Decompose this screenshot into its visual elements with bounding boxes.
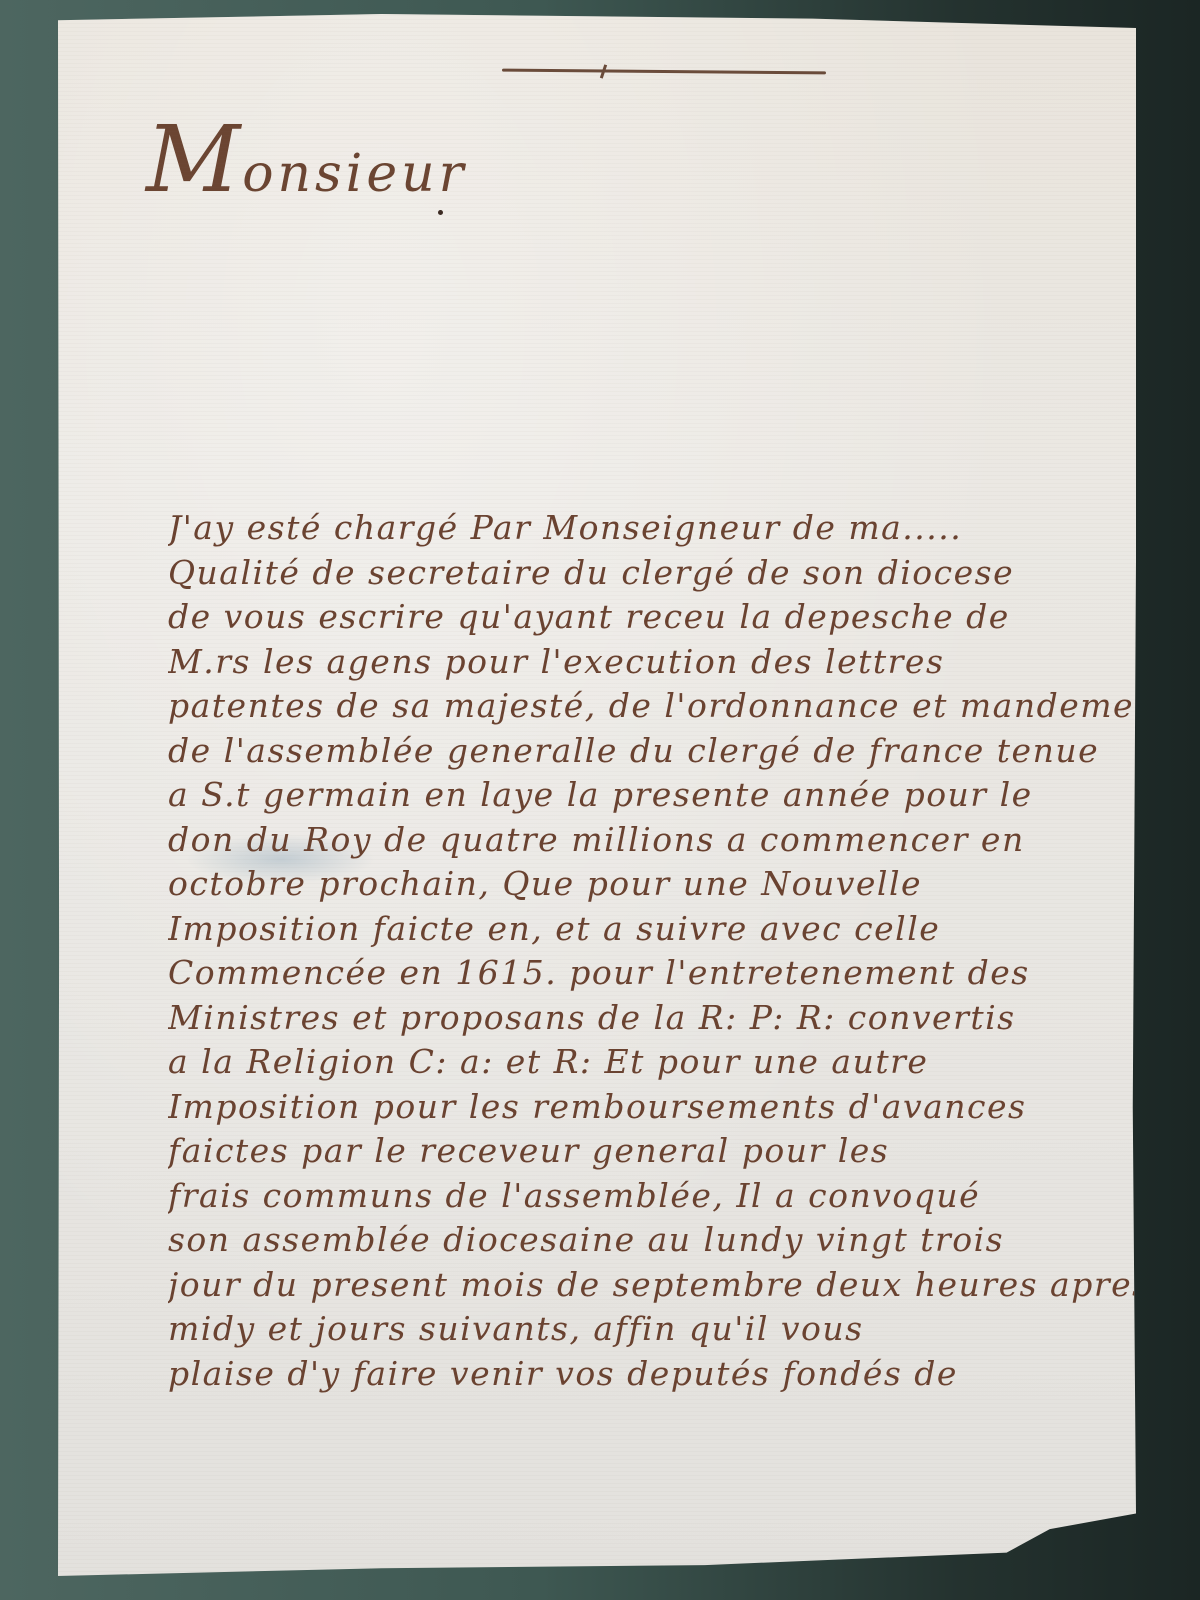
letter-line: Ministres et proposans de la R: P: R: co… — [168, 996, 1148, 1041]
letter-line: M.rs les agens pour l'execution des lett… — [168, 640, 1148, 685]
letter-line: de vous escrire qu'ayant receu la depesc… — [168, 595, 1148, 640]
letter-line: Imposition pour les remboursements d'ava… — [168, 1085, 1148, 1130]
letter-line: Imposition faicte en, et a suivre avec c… — [168, 907, 1148, 952]
salutation: Monsieur — [146, 114, 467, 206]
letter-line: J'ay esté chargé Par Monseigneur de ma..… — [168, 506, 1148, 551]
letter-line: patentes de sa majesté, de l'ordonnance … — [168, 684, 1148, 729]
letter-line: de l'assemblée generalle du clergé de fr… — [168, 729, 1148, 774]
letter-line: a S.t germain en laye la presente année … — [168, 773, 1148, 818]
letter-line: jour du present mois de septembre deux h… — [168, 1263, 1148, 1308]
letter-line: midy et jours suivants, affin qu'il vous — [168, 1307, 1148, 1352]
ink-dot — [438, 210, 443, 215]
salutation-initial: M — [146, 106, 242, 213]
letter-paper: Monsieur J'ay esté chargé Par Monseigneu… — [58, 14, 1136, 1576]
letter-line: Commencée en 1615. pour l'entretenement … — [168, 951, 1148, 996]
salutation-rest: onsieur — [242, 144, 467, 204]
letter-line: plaise d'y faire venir vos deputés fondé… — [168, 1352, 1148, 1397]
letter-line: frais communs de l'assemblée, Il a convo… — [168, 1174, 1148, 1219]
letter-line: don du Roy de quatre millions a commence… — [168, 818, 1148, 863]
letter-body: J'ay esté chargé Par Monseigneur de ma..… — [168, 506, 1148, 1396]
letter-line: octobre prochain, Que pour une Nouvelle — [168, 862, 1148, 907]
letter-line: Qualité de secretaire du clergé de son d… — [168, 551, 1148, 596]
top-pen-mark — [502, 69, 826, 75]
letter-line: son assemblée diocesaine au lundy vingt … — [168, 1218, 1148, 1263]
letter-line: a la Religion C: a: et R: Et pour une au… — [168, 1040, 1148, 1085]
letter-line: faictes par le receveur general pour les — [168, 1129, 1148, 1174]
